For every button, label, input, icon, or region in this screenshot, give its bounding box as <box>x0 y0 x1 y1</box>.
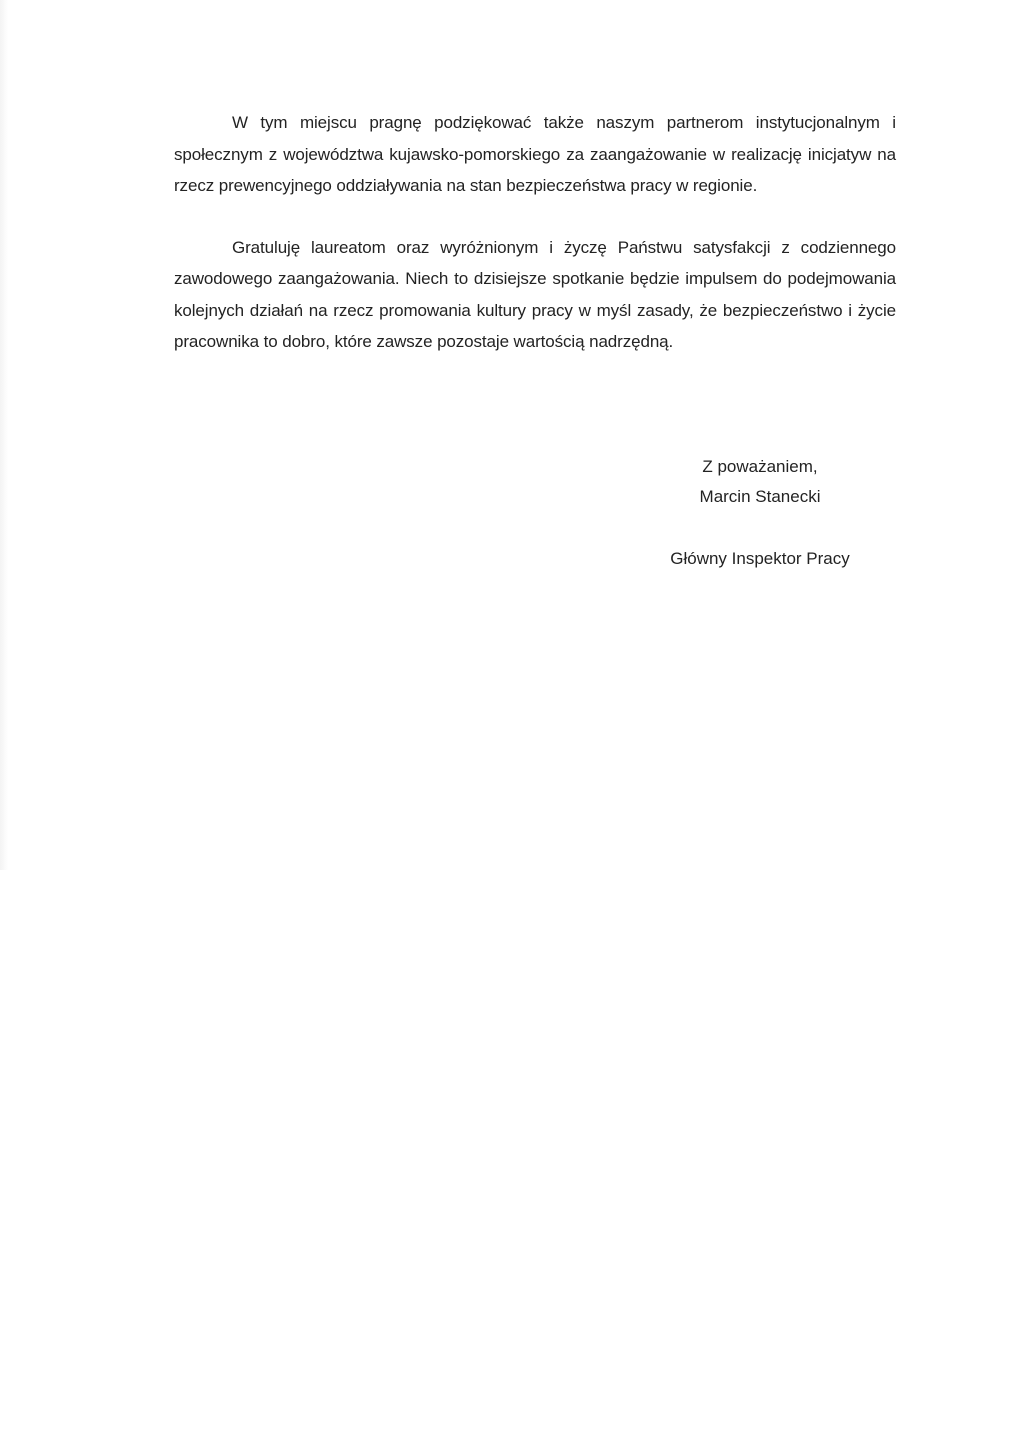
paragraph-congratulations: Gratuluję laureatom oraz wyróżnionym i ż… <box>174 232 896 358</box>
signatory-title: Główny Inspektor Pracy <box>640 544 880 574</box>
scan-edge-shadow <box>0 0 8 870</box>
signatory-name: Marcin Stanecki <box>640 482 880 512</box>
closing-salutation: Z poważaniem, <box>640 452 880 482</box>
letter-body: W tym miejscu pragnę podziękować także n… <box>174 107 896 358</box>
paragraph-thanks: W tym miejscu pragnę podziękować także n… <box>174 107 896 202</box>
signature-block: Z poważaniem, Marcin Stanecki Główny Ins… <box>640 452 880 574</box>
